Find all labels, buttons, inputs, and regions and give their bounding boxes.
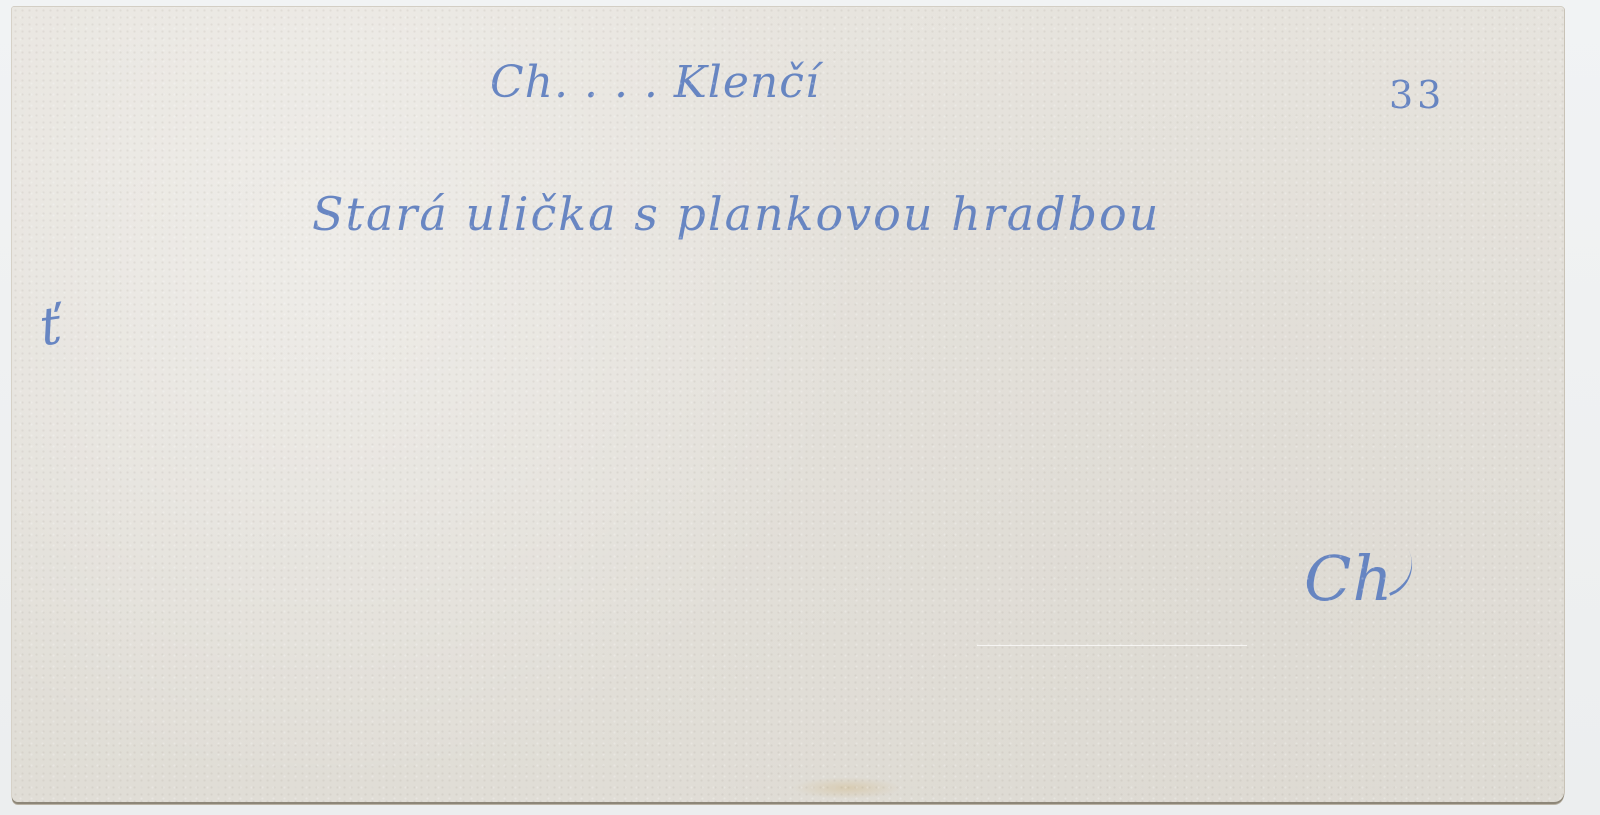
- handwritten-signature: Ch: [1304, 542, 1429, 615]
- handwritten-location: Ch. . . . Klenčí: [490, 57, 820, 108]
- paper-stain: [792, 777, 902, 799]
- handwritten-margin-mark: ť: [36, 296, 66, 358]
- photo-card-back: Ch. . . . Klenčí 33 Stará ulička s plank…: [12, 7, 1564, 802]
- handwritten-reference-number: 33: [1389, 73, 1445, 117]
- handwritten-caption: Stará ulička s plankovou hradbou: [312, 187, 1160, 241]
- paper-crease: [977, 645, 1247, 646]
- scan-background: Ch. . . . Klenčí 33 Stará ulička s plank…: [0, 0, 1600, 815]
- signature-text: Ch: [1304, 542, 1393, 615]
